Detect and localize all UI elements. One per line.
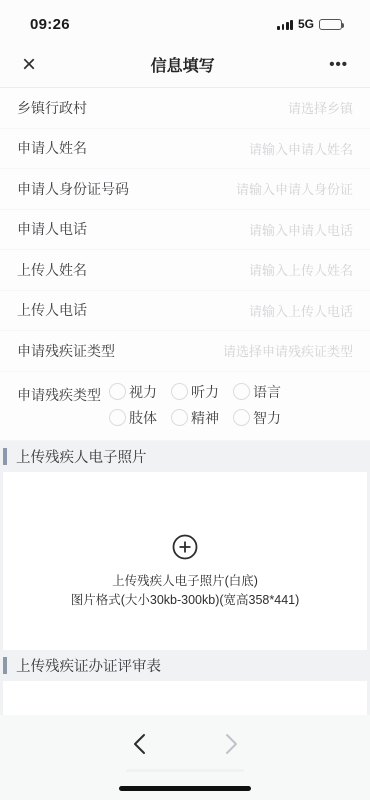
nav-header: × 信息填写 •••	[0, 42, 370, 88]
radio-option-physical[interactable]: 肢体	[109, 408, 171, 428]
app-screen: 09:26 5G × 信息填写 ••• 乡镇行政村 请选择乡镇 申请人姓名 请输…	[0, 0, 370, 800]
form-row-uploader-name[interactable]: 上传人姓名 请输入上传人姓名	[0, 250, 370, 291]
field-label: 上传人姓名	[17, 260, 87, 280]
upload-hint-line1: 上传残疾人电子照片(白底)	[112, 572, 258, 591]
field-placeholder: 请输入申请人姓名	[249, 139, 353, 158]
field-label: 申请人姓名	[17, 138, 87, 158]
accent-bar	[3, 657, 7, 674]
section-title: 上传残疾证办证评审表	[16, 655, 161, 676]
radio-circle-icon	[109, 383, 126, 400]
radio-option-hearing[interactable]: 听力	[171, 382, 233, 402]
application-form: 乡镇行政村 请选择乡镇 申请人姓名 请输入申请人姓名 申请人身份证号码 请输入申…	[0, 88, 370, 441]
footer-divider	[126, 769, 244, 772]
page-title: 信息填写	[151, 53, 215, 76]
review-form-upload-area[interactable]	[3, 681, 367, 715]
field-placeholder: 请输入申请人电话	[249, 220, 353, 239]
upload-sections: 上传残疾人电子照片 上传残疾人电子照片(白底) 图片格式(大小30kb-300k…	[0, 441, 370, 715]
section-header-review-form: 上传残疾证办证评审表	[0, 650, 370, 681]
form-row-disability-type: 申请残疾类型 视力 听力 语言 肢体	[0, 372, 370, 441]
radio-option-speech[interactable]: 语言	[233, 382, 295, 402]
home-indicator[interactable]	[119, 786, 251, 791]
form-row-township[interactable]: 乡镇行政村 请选择乡镇	[0, 88, 370, 129]
accent-bar	[3, 448, 7, 465]
form-row-uploader-phone[interactable]: 上传人电话 请输入上传人电话	[0, 291, 370, 332]
field-label: 申请残疾证类型	[17, 341, 115, 361]
field-label: 申请人电话	[17, 219, 87, 239]
close-icon[interactable]: ×	[22, 53, 36, 77]
radio-option-intellectual[interactable]: 智力	[233, 408, 295, 428]
signal-strength-icon	[277, 19, 293, 30]
status-bar: 09:26 5G	[0, 0, 370, 42]
radio-option-mental[interactable]: 精神	[171, 408, 233, 428]
field-label: 上传人电话	[17, 300, 87, 320]
photo-upload-area[interactable]: 上传残疾人电子照片(白底) 图片格式(大小30kb-300kb)(宽高358*4…	[3, 472, 367, 650]
radio-circle-icon	[171, 409, 188, 426]
field-label: 乡镇行政村	[17, 98, 87, 118]
field-placeholder: 请输入上传人电话	[249, 301, 353, 320]
status-time: 09:26	[30, 16, 70, 33]
form-row-applicant-name[interactable]: 申请人姓名 请输入申请人姓名	[0, 129, 370, 170]
field-placeholder: 请输入申请人身份证	[236, 179, 353, 198]
footer-bar	[0, 715, 370, 800]
field-placeholder: 请选择申请残疾证类型	[223, 341, 353, 360]
battery-icon	[319, 19, 342, 30]
field-label: 申请人身份证号码	[17, 179, 129, 199]
field-placeholder: 请选择乡镇	[288, 98, 353, 117]
disability-type-options: 视力 听力 语言 肢体 精神	[109, 382, 353, 428]
more-menu-icon[interactable]: •••	[329, 56, 348, 73]
form-row-applicant-phone[interactable]: 申请人电话 请输入申请人电话	[0, 210, 370, 251]
radio-circle-icon	[233, 409, 250, 426]
chevron-right-icon[interactable]	[214, 731, 248, 757]
section-header-photo: 上传残疾人电子照片	[0, 441, 370, 472]
upload-hint-line2: 图片格式(大小30kb-300kb)(宽高358*441)	[71, 591, 300, 610]
radio-circle-icon	[109, 409, 126, 426]
plus-circle-icon[interactable]	[172, 534, 198, 565]
radio-option-vision[interactable]: 视力	[109, 382, 171, 402]
form-row-certificate-type[interactable]: 申请残疾证类型 请选择申请残疾证类型	[0, 331, 370, 372]
network-type-label: 5G	[298, 17, 314, 31]
field-label: 申请残疾类型	[17, 382, 101, 405]
radio-circle-icon	[233, 383, 250, 400]
form-row-applicant-id[interactable]: 申请人身份证号码 请输入申请人身份证	[0, 169, 370, 210]
section-title: 上传残疾人电子照片	[16, 446, 147, 467]
chevron-left-icon[interactable]	[122, 731, 156, 757]
radio-circle-icon	[171, 383, 188, 400]
field-placeholder: 请输入上传人姓名	[249, 260, 353, 279]
